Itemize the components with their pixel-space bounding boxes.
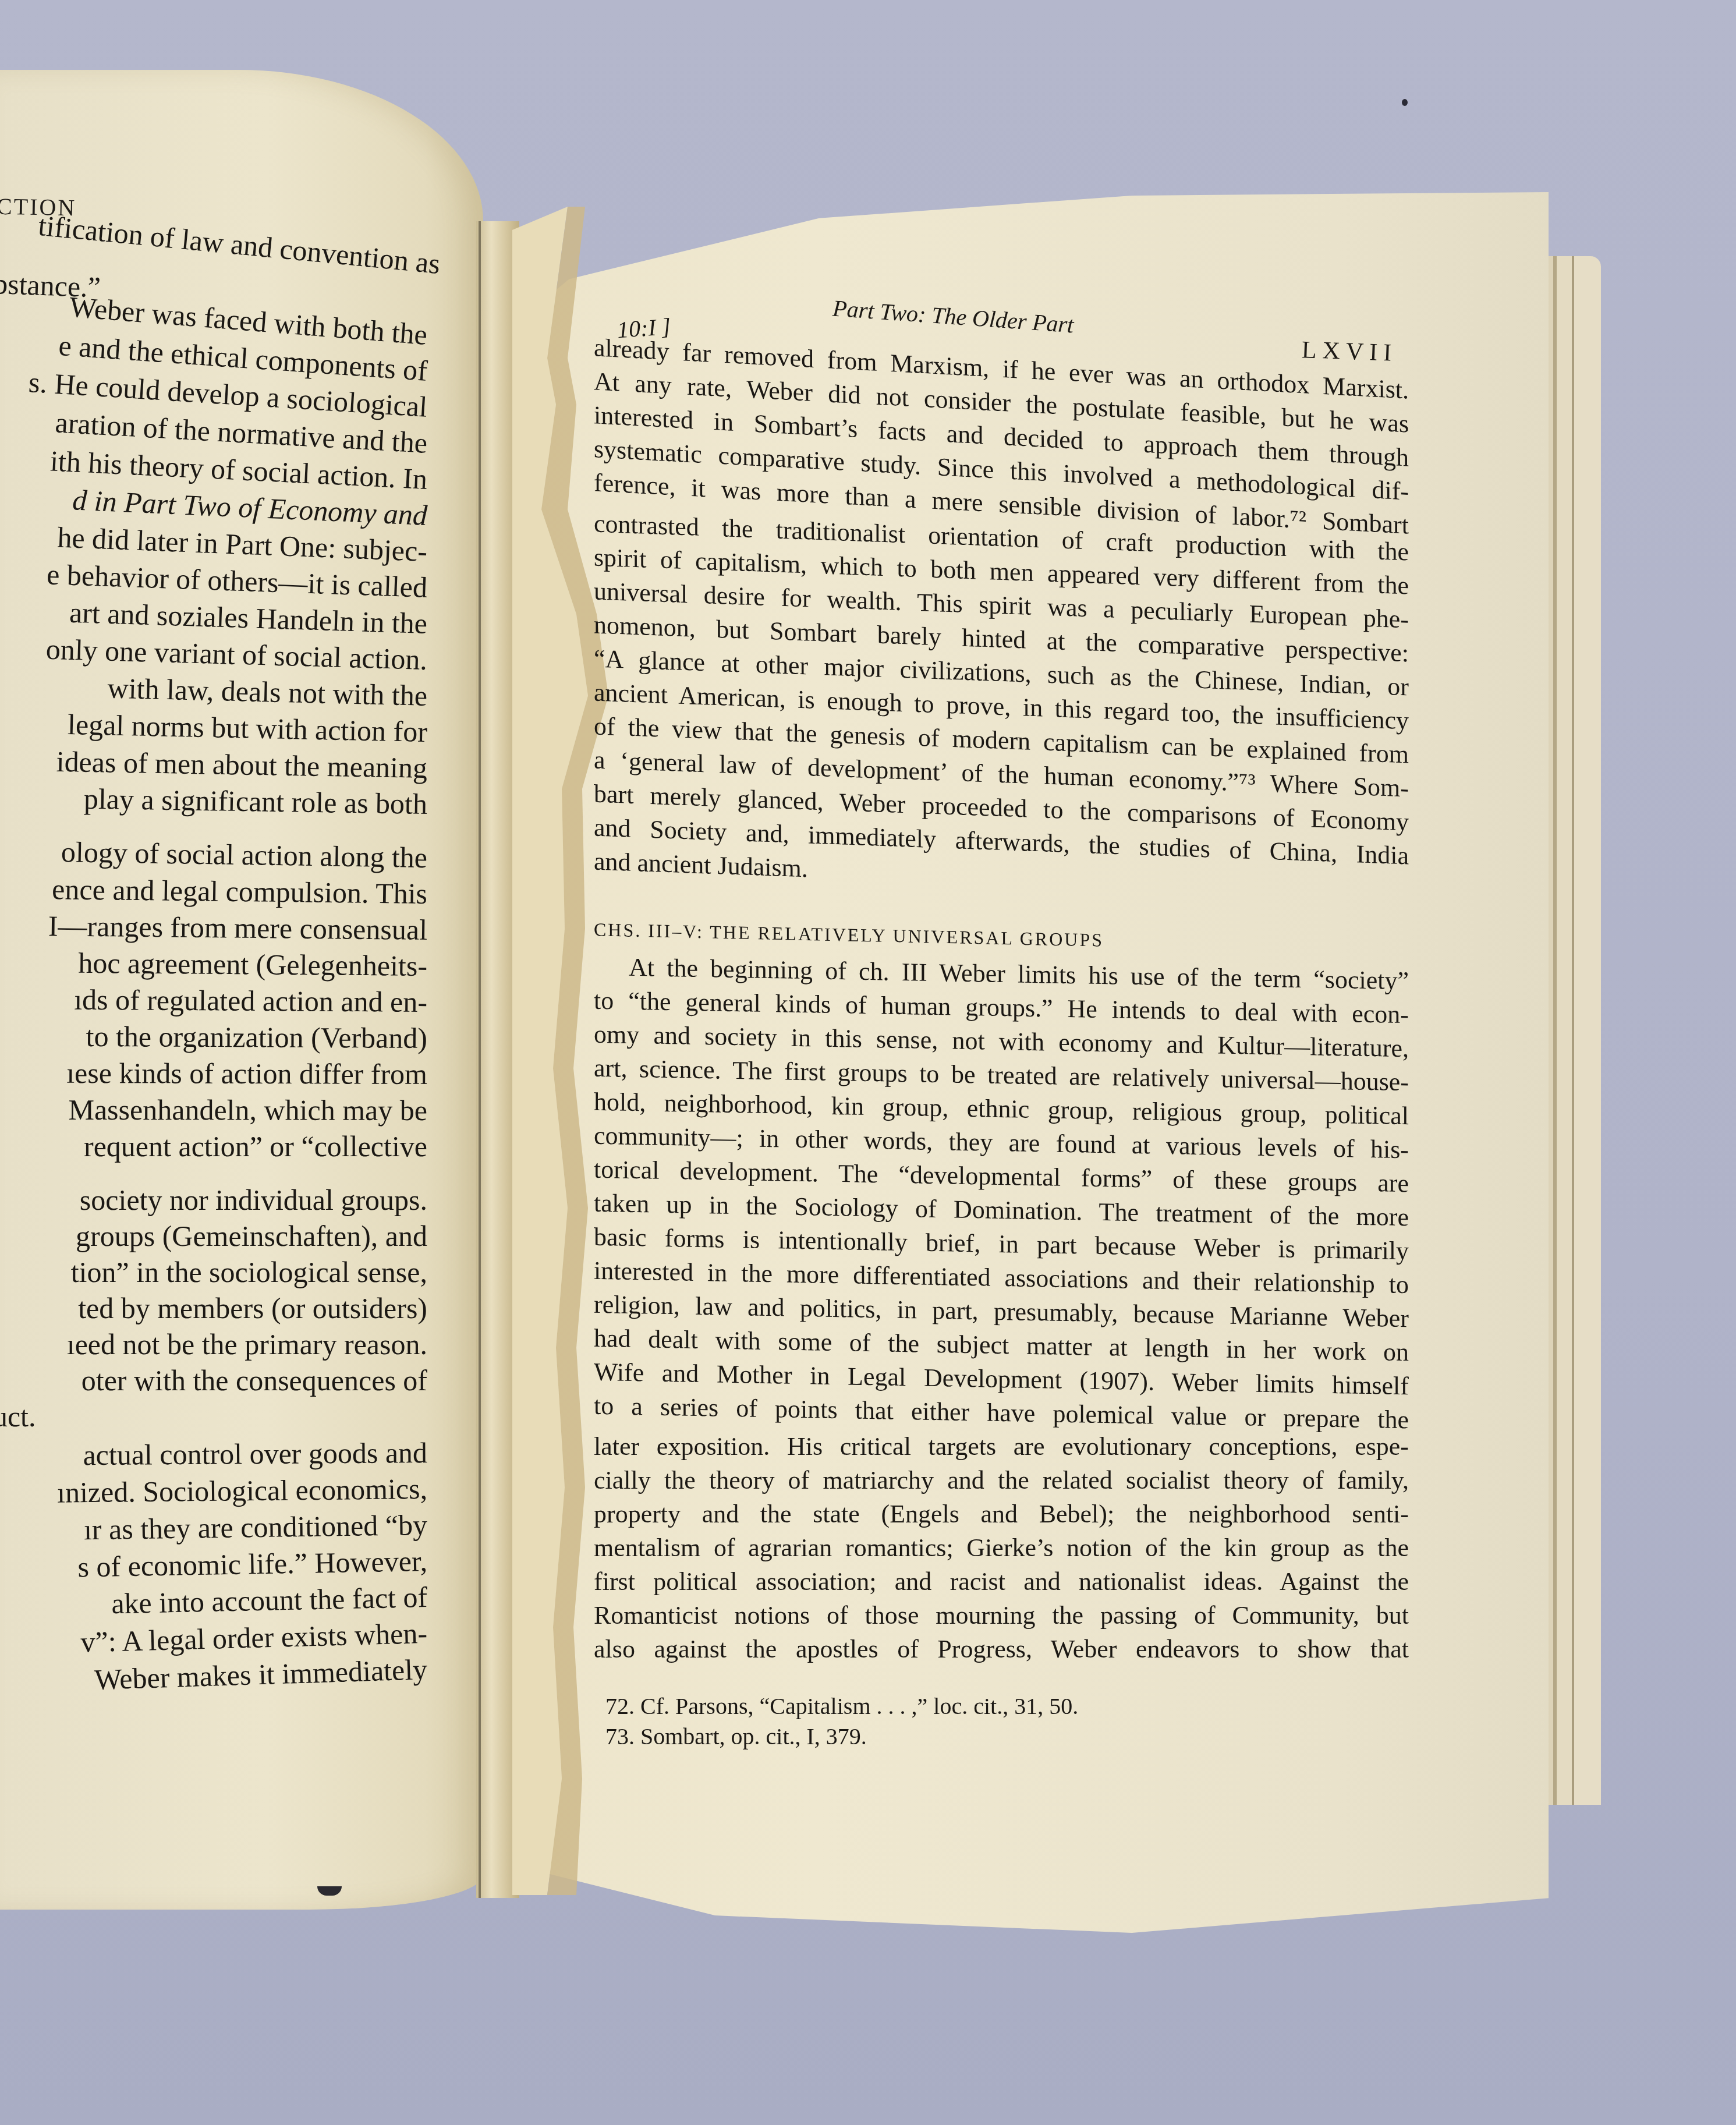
text-line: ıese kinds of action differ from (0, 1054, 427, 1092)
paragraph-gap (0, 1164, 427, 1182)
text-line: to the organization (Verband) (0, 1018, 427, 1056)
text-line: groups (Gemeinschaften), and (0, 1218, 427, 1254)
text-line: oter with the consequences of (0, 1362, 427, 1398)
footnote-73: 73. Sombart, op. cit., I, 379. (605, 1722, 1078, 1752)
surface-speck (1402, 99, 1408, 106)
text-line: mentalism of agrarian romantics; Gierke’… (594, 1531, 1409, 1565)
text-line: luct. (0, 1398, 427, 1435)
text-line: ınized. Sociological economics, (0, 1471, 427, 1511)
right-page-body: already far removed from Marxism, if he … (594, 352, 1409, 1666)
footnotes: 72. Cf. Parsons, “Capitalism . . . ,” lo… (605, 1691, 1078, 1752)
text-line: tion” in the sociological sense, (0, 1254, 427, 1290)
text-line: ence and legal compulsion. This (0, 870, 427, 912)
text-line: requent action” or “collective (0, 1128, 427, 1164)
text-line: ıeed not be the primary reason. (0, 1326, 427, 1362)
text-line: ır as they are conditioned “by (0, 1507, 427, 1549)
text-line: later exposition. His critical targets a… (594, 1430, 1409, 1464)
text-line: actual control over goods and (0, 1435, 427, 1474)
left-page: CTION tification of law and convention a… (0, 70, 483, 1910)
text-line: hoc agreement (Gelegenheits- (0, 944, 427, 984)
text-line: Massenhandeln, which may be (0, 1092, 427, 1128)
text-line: I—ranges from mere consensual (0, 907, 427, 948)
text-line: play a significant role as both (0, 779, 427, 822)
text-line: property and the state (Engels and Bebel… (594, 1497, 1409, 1531)
text-line: ideas of men about the meaning (0, 742, 428, 786)
text-line: Romanticist notions of those mourning th… (594, 1599, 1409, 1632)
text-line: ted by members (or outsiders) (0, 1290, 427, 1326)
photo-scene: CTION tification of law and convention a… (0, 0, 1736, 2125)
text-line: also against the apostles of Progress, W… (594, 1632, 1409, 1666)
text-line: society nor individual groups. (0, 1182, 427, 1218)
spine-gutter-line (479, 221, 481, 1898)
text-line: ıds of regulated action and en- (0, 981, 427, 1020)
text-line: cially the theory of matriarchy and the … (594, 1464, 1409, 1497)
text-line: first political association; and racist … (594, 1565, 1409, 1599)
footnote-72: 72. Cf. Parsons, “Capitalism . . . ,” lo… (605, 1691, 1078, 1722)
text-line: ology of social action along the (0, 833, 427, 876)
left-page-text: tification of law and convention as ıbst… (0, 245, 427, 1687)
